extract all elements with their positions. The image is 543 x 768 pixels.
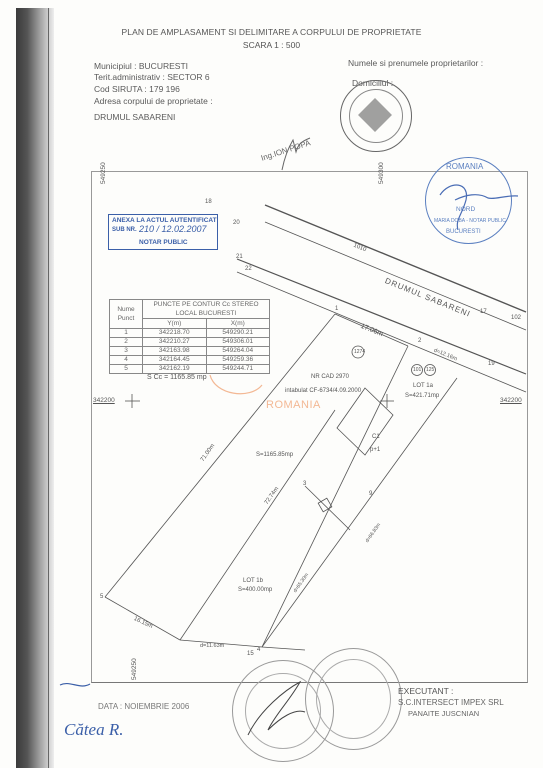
table-row: 2342210.27549306.01 (110, 338, 270, 347)
executant-label: EXECUTANT : (398, 686, 453, 696)
lot-1a-tag-2: 125 (426, 367, 434, 373)
grid-label-x-left: 549250 (100, 162, 107, 184)
stamp-line-3: NOTAR PUBLIC (139, 239, 188, 246)
notary-seal-bottom: BUCURESTI (446, 229, 481, 235)
notary-seal-center: NORD (456, 206, 475, 213)
executant-company: S.C.INTERSECT IMPEX SRL (398, 698, 504, 707)
grid-label-x-bottom: 549250 (131, 658, 138, 680)
watermark-text: ROMANIA (266, 399, 321, 411)
col-x: X(m) (206, 319, 270, 329)
notary-seal-top: ROMANIA (446, 162, 483, 171)
point-19: 19 (488, 361, 495, 367)
point-9: 9 (369, 491, 372, 497)
lot-1a-label: LOT 1a (413, 383, 433, 389)
nr-cad: NR CAD 2970 (311, 374, 349, 380)
point-15: 15 (247, 651, 254, 657)
coordinates-table: Nume Punct PUNCTE PE CONTUR Cc STEREO LO… (109, 299, 270, 374)
point-4: 4 (257, 647, 260, 653)
intabulat: intabulat CF-6734/4.09.2000 (285, 388, 361, 394)
point-2: 2 (418, 338, 421, 344)
table-row: 5342162.19549244.71 (110, 365, 270, 374)
lot-1b-area: S=400.00mp (238, 587, 272, 593)
lot-1a-area: S=421.71mp (405, 393, 439, 399)
lot-1a-tag-1: 101 (413, 367, 421, 373)
point-3: 3 (303, 481, 306, 487)
building-levels: p+1 (370, 447, 380, 453)
table-row: 1342218.70549290.21 (110, 329, 270, 338)
stamp-line-1: ANEXA LA ACTUL AUTENTIFICAT (112, 217, 217, 224)
notary-seal-ring: MARIA DOBA - NOTAR PUBLIC (434, 218, 506, 224)
grid-label-x-right: 549300 (378, 162, 385, 184)
notary-seal: ROMANIA NORD MARIA DOBA - NOTAR PUBLIC B… (425, 157, 512, 244)
table-row: 4342164.45549259.36 (110, 356, 270, 365)
stamp-sub-nr-label: SUB NR. (112, 227, 137, 233)
point-22: 22 (245, 266, 252, 272)
point-17: 17 (480, 309, 487, 315)
handwritten-signature: Cătea R. (64, 720, 124, 740)
cadastral-plan (0, 0, 543, 768)
lot-1b-label: LOT 1b (243, 578, 263, 584)
col-punct: Nume Punct (110, 300, 143, 329)
notary-annex-stamp: ANEXA LA ACTUL AUTENTIFICAT SUB NR. 210 … (108, 214, 218, 250)
table-row: 3342163.98549264.04 (110, 347, 270, 356)
administration-seal-right (305, 648, 402, 750)
col-y: Y(m) (143, 319, 207, 329)
point-5: 5 (100, 594, 103, 600)
grid-label-y-left: 342200 (93, 397, 115, 404)
parcel-tag: 1274 (354, 349, 365, 355)
stamp-sub-nr-value: 210 / 12.02.2007 (139, 224, 207, 234)
point-102: 102 (511, 315, 521, 321)
point-20: 20 (233, 220, 240, 226)
point-21: 21 (236, 254, 243, 260)
executant-person: PANAITE JUSCNIAN (408, 709, 479, 718)
total-area: S Cc = 1165.85 mp (147, 374, 207, 381)
date-label: DATA : NOIEMBRIE 2006 (98, 702, 189, 711)
parcel-area: S=1165.85mp (256, 452, 293, 458)
grid-label-y-right: 342200 (500, 397, 522, 404)
col-group: PUNCTE PE CONTUR Cc STEREO LOCAL BUCURES… (143, 300, 270, 319)
point-18: 18 (205, 199, 212, 205)
building-label: C1 (372, 434, 380, 440)
point-1: 1 (335, 306, 338, 312)
dim-bottom: d=11.63m (200, 643, 224, 649)
